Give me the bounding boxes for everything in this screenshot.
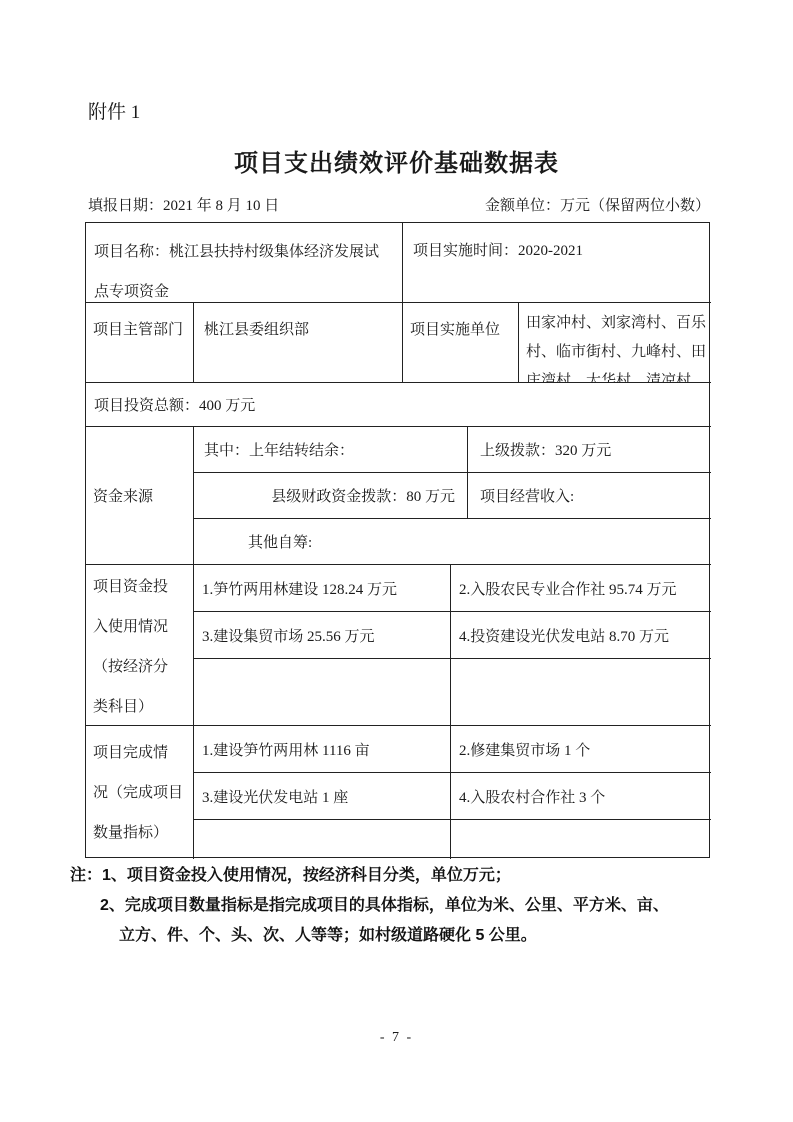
fill-date-label: 填报日期：2021 年 8 月 10 日 xyxy=(85,194,279,215)
notes-block: 注：1、项目资金投入使用情况，按经济科目分类，单位万元； 2、完成项目数量指标是… xyxy=(70,861,730,951)
completion-label-cell: 项目完成情 况（完成项目 数量指标） xyxy=(86,726,194,859)
implementer-value-cell: 田家冲村、刘家湾村、百乐村、临市街村、九峰村、田庄湾村、大华村、清凉村 xyxy=(519,303,711,383)
fund-usage-label-cell: 项目资金投 入使用情况 （按经济分 类科目） xyxy=(86,565,194,726)
fund-usage-empty-cell-right xyxy=(451,659,711,726)
self-raised-cell: 其他自筹: xyxy=(194,519,711,565)
page-number: - 7 - xyxy=(0,1030,793,1046)
fund-usage-item-2-cell: 2.入股农民专业合作社 95.74 万元 xyxy=(451,565,711,612)
completion-item-1-cell: 1.建设笋竹两用林 1116 亩 xyxy=(194,726,451,773)
amount-unit-label: 金额单位：万元（保留两位小数） xyxy=(485,194,710,215)
note-line-3: 立方、件、个、头、次、人等等；如村级道路硬化 5 公里。 xyxy=(119,921,730,951)
data-table: 项目名称：桃江县扶持村级集体经济发展试 点专项资金 项目实施时间：2020-20… xyxy=(85,222,710,858)
fund-usage-item-3-cell: 3.建设集贸市场 25.56 万元 xyxy=(194,612,451,659)
completion-item-3-cell: 3.建设光伏发电站 1 座 xyxy=(194,773,451,820)
completion-empty-cell-left xyxy=(194,820,451,859)
completion-empty-cell-right xyxy=(451,820,711,859)
attachment-label: 附件 1 xyxy=(88,97,140,124)
note-line-2: 2、完成项目数量指标是指完成项目的具体指标，单位为米、公里、平方米、亩、 xyxy=(100,891,730,921)
completion-item-4-cell: 4.入股农村合作社 3 个 xyxy=(451,773,711,820)
funding-source-label-cell: 资金来源 xyxy=(86,427,194,565)
fund-usage-empty-cell-left xyxy=(194,659,451,726)
meta-row: 填报日期：2021 年 8 月 10 日 金额单位：万元（保留两位小数） xyxy=(85,194,710,215)
supervisor-value-cell: 桃江县委组织部 xyxy=(194,303,403,383)
fund-usage-item-1-cell: 1.笋竹两用林建设 128.24 万元 xyxy=(194,565,451,612)
page-title: 项目支出绩效评价基础数据表 xyxy=(0,143,793,178)
supervisor-label-cell: 项目主管部门 xyxy=(86,303,194,383)
note-line-1: 注：1、项目资金投入使用情况，按经济科目分类，单位万元； xyxy=(70,861,730,891)
fund-usage-item-4-cell: 4.投资建设光伏发电站 8.70 万元 xyxy=(451,612,711,659)
completion-item-2-cell: 2.修建集贸市场 1 个 xyxy=(451,726,711,773)
county-allocation-cell: 县级财政资金拨款：80 万元 xyxy=(194,473,468,519)
implementation-time-cell: 项目实施时间：2020-2021 xyxy=(403,223,711,303)
project-name-cell: 项目名称：桃江县扶持村级集体经济发展试 点专项资金 xyxy=(86,223,403,303)
implementer-label-cell: 项目实施单位 xyxy=(403,303,519,383)
document-page: 附件 1 项目支出绩效评价基础数据表 填报日期：2021 年 8 月 10 日 … xyxy=(0,0,793,1122)
superior-allocation-cell: 上级拨款：320 万元 xyxy=(468,427,711,473)
total-investment-cell: 项目投资总额：400 万元 xyxy=(86,383,711,427)
carryover-cell: 其中：上年结转结余： xyxy=(194,427,468,473)
operating-income-cell: 项目经营收入: xyxy=(468,473,711,519)
